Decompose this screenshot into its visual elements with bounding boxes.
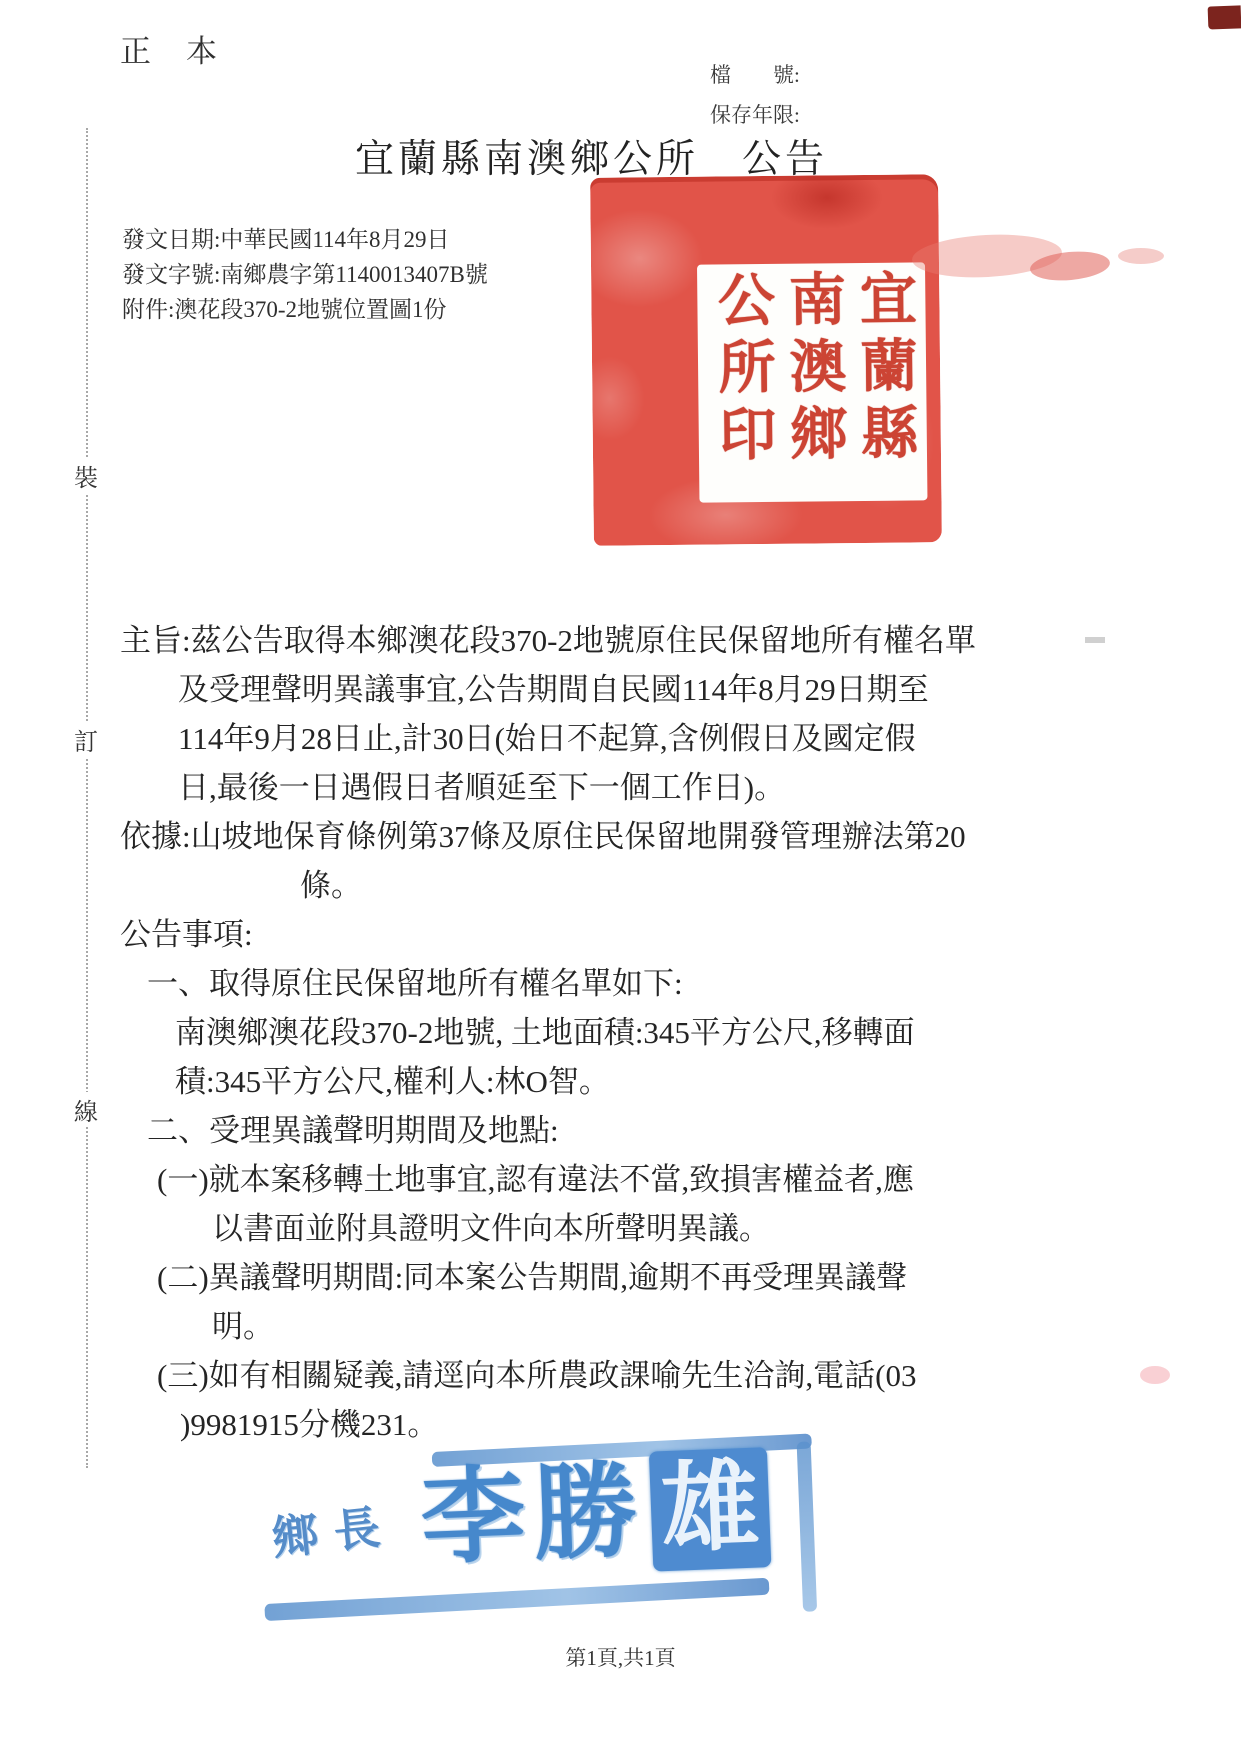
binding-label: 線 [68, 1092, 104, 1127]
file-no-label: 檔 號: [710, 55, 800, 95]
stamp-edge-bar [264, 1578, 769, 1621]
corner-ink-mark [1208, 5, 1241, 29]
body-line: (一)就本案移轉土地事宜,認有違法不當,致損害權益者,應 [157, 1155, 1241, 1204]
meta-block: 發文日期:中華民國114年8月29日 發文字號:南鄉農字第1140013407B… [122, 222, 488, 327]
meta-line-attachment: 附件:澳花段370-2地號位置圖1份 [122, 292, 488, 327]
body-line: 主旨:茲公告取得本鄉澳花段370-2地號原住民保留地所有權名單 [120, 616, 1241, 665]
meta-line-number: 發文字號:南鄉農字第1140013407B號 [122, 257, 488, 292]
stamp-title: 鄉長 [268, 1489, 398, 1568]
footer-page-number: 第1頁,共1頁 [0, 1642, 1241, 1672]
document-page: 正 本 檔 號: 保存年限: 宜蘭縣南澳鄉公所 公告 發文日期:中華民國114年… [0, 0, 1241, 1754]
seal-column: 公所印 [705, 270, 777, 497]
body-line: 依據:山坡地保育條例第37條及原住民保留地開發管理辦法第20 [120, 812, 1241, 861]
official-seal: 宜蘭縣 南澳鄉 公所印 [590, 174, 942, 546]
body-line: 114年9月28日止,計30日(始日不起算,含例假日及國定假 [178, 714, 1241, 763]
binding-dotted-line [86, 128, 88, 1468]
announcement-body: 主旨:茲公告取得本鄉澳花段370-2地號原住民保留地所有權名單 及受理聲明異議事… [0, 616, 1241, 1449]
body-line: 二、受理異議聲明期間及地點: [147, 1106, 1241, 1155]
ink-smudge [1118, 248, 1164, 264]
stamp-name-char: 勝 [531, 1460, 639, 1568]
official-seal-inner: 宜蘭縣 南澳鄉 公所印 [697, 262, 927, 502]
seal-column: 南澳鄉 [776, 269, 848, 496]
body-line: 積:345平方公尺,權利人:林O智。 [175, 1057, 1241, 1106]
binding-label: 訂 [68, 722, 104, 757]
body-line: (二)異議聲明期間:同本案公告期間,逾期不再受理異議聲 [157, 1253, 1241, 1302]
body-line: 以書面並附具證明文件向本所聲明異議。 [212, 1204, 1241, 1253]
body-line: 條。 [300, 861, 1241, 910]
binding-label: 裝 [68, 458, 104, 493]
header-file-block: 檔 號: 保存年限: [710, 55, 800, 135]
body-line: 及受理聲明異議事宜,公告期間自民國114年8月29日期至 [178, 665, 1241, 714]
stamp-name: 李 勝 雄 [419, 1447, 771, 1580]
body-line: 日,最後一日遇假日者順延至下一個工作日)。 [178, 763, 1241, 812]
seal-column: 宜蘭縣 [847, 268, 919, 495]
stamp-name-char-box: 雄 [649, 1447, 772, 1571]
body-line: 一、取得原住民保留地所有權名單如下: [147, 959, 1241, 1008]
mayor-stamp: 鄉長 李 勝 雄 [246, 1427, 828, 1644]
meta-line-date: 發文日期:中華民國114年8月29日 [122, 222, 488, 257]
body-line: 明。 [212, 1302, 1241, 1351]
body-line: 公告事項: [120, 910, 1241, 959]
copy-label: 正 本 [120, 26, 219, 71]
body-line: 南澳鄉澳花段370-2地號, 土地面積:345平方公尺,移轉面 [175, 1008, 1241, 1057]
stamp-edge-bar [797, 1441, 818, 1611]
stamp-name-char: 李 [419, 1464, 527, 1572]
body-line: (三)如有相關疑義,請逕向本所農政課喻先生洽詢,電話(03 [157, 1351, 1241, 1400]
